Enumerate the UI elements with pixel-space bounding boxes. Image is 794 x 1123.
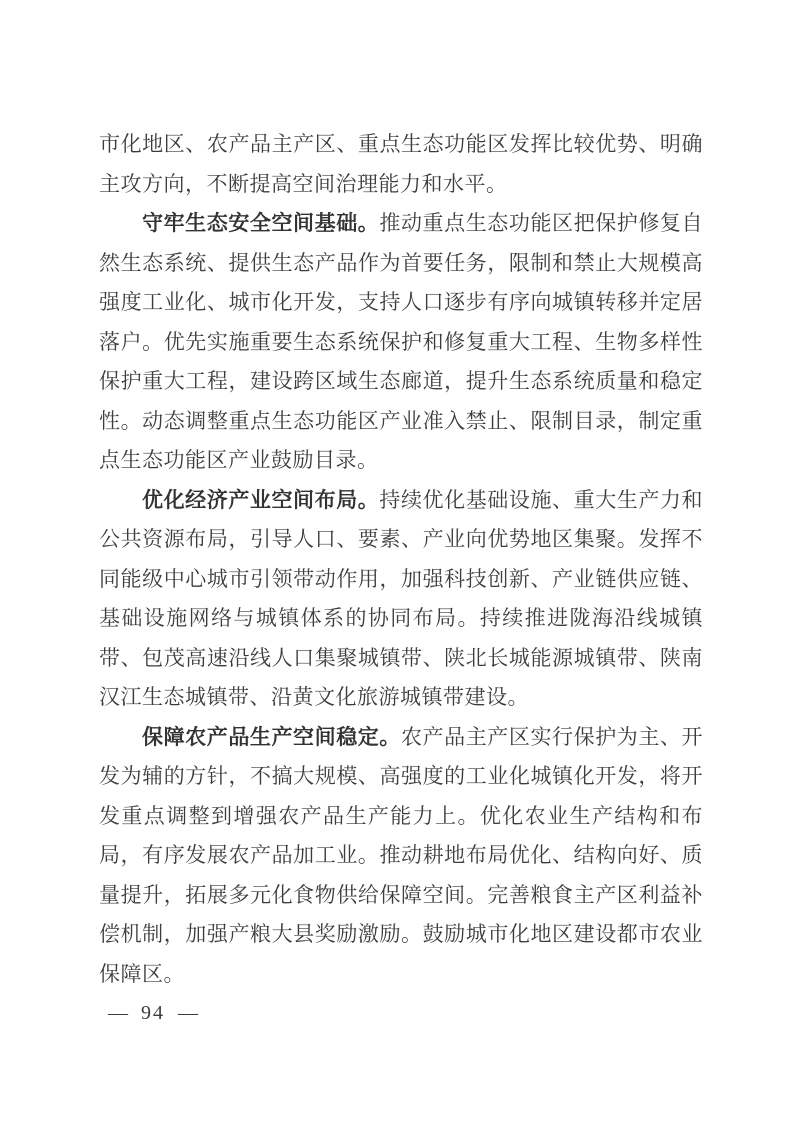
paragraph: 守牢生态安全空间基础。推动重点生态功能区把保护修复自然生态系统、提供生态产品作为… (99, 204, 703, 481)
paragraph-text: 农产品主产区实行保护为主、开发为辅的方针，不搞大规模、高强度的工业化城镇化开发，… (99, 725, 703, 986)
paragraph-text: 推动重点生态功能区把保护修复自然生态系统、提供生态产品作为首要任务，限制和禁止大… (99, 211, 703, 472)
paragraph-text: 持续优化基础设施、重大生产力和公共资源布局，引导人口、要素、产业向优势地区集聚。… (99, 488, 703, 710)
paragraph-lead: 守牢生态安全空间基础。 (142, 211, 379, 235)
paragraph: 优化经济产业空间布局。持续优化基础设施、重大生产力和公共资源布局，引导人口、要素… (99, 481, 703, 718)
paragraph-lead: 保障农产品生产空间稳定。 (142, 725, 401, 749)
paragraph: 市化地区、农产品主产区、重点生态功能区发挥比较优势、明确主攻方向，不断提高空间治… (99, 125, 703, 204)
page-footer: — 94 — (108, 999, 198, 1027)
paragraph-lead: 优化经济产业空间布局。 (142, 488, 379, 512)
footer-dash-left: — (108, 1002, 128, 1025)
document-page: 市化地区、农产品主产区、重点生态功能区发挥比较优势、明确主攻方向，不断提高空间治… (0, 0, 794, 1123)
page-number: 94 (141, 1002, 165, 1025)
document-body: 市化地区、农产品主产区、重点生态功能区发挥比较优势、明确主攻方向，不断提高空间治… (99, 125, 703, 994)
paragraph: 保障农产品生产空间稳定。农产品主产区实行保护为主、开发为辅的方针，不搞大规模、高… (99, 718, 703, 995)
footer-dash-right: — (178, 1002, 198, 1025)
paragraph-text: 市化地区、农产品主产区、重点生态功能区发挥比较优势、明确主攻方向，不断提高空间治… (99, 132, 703, 196)
